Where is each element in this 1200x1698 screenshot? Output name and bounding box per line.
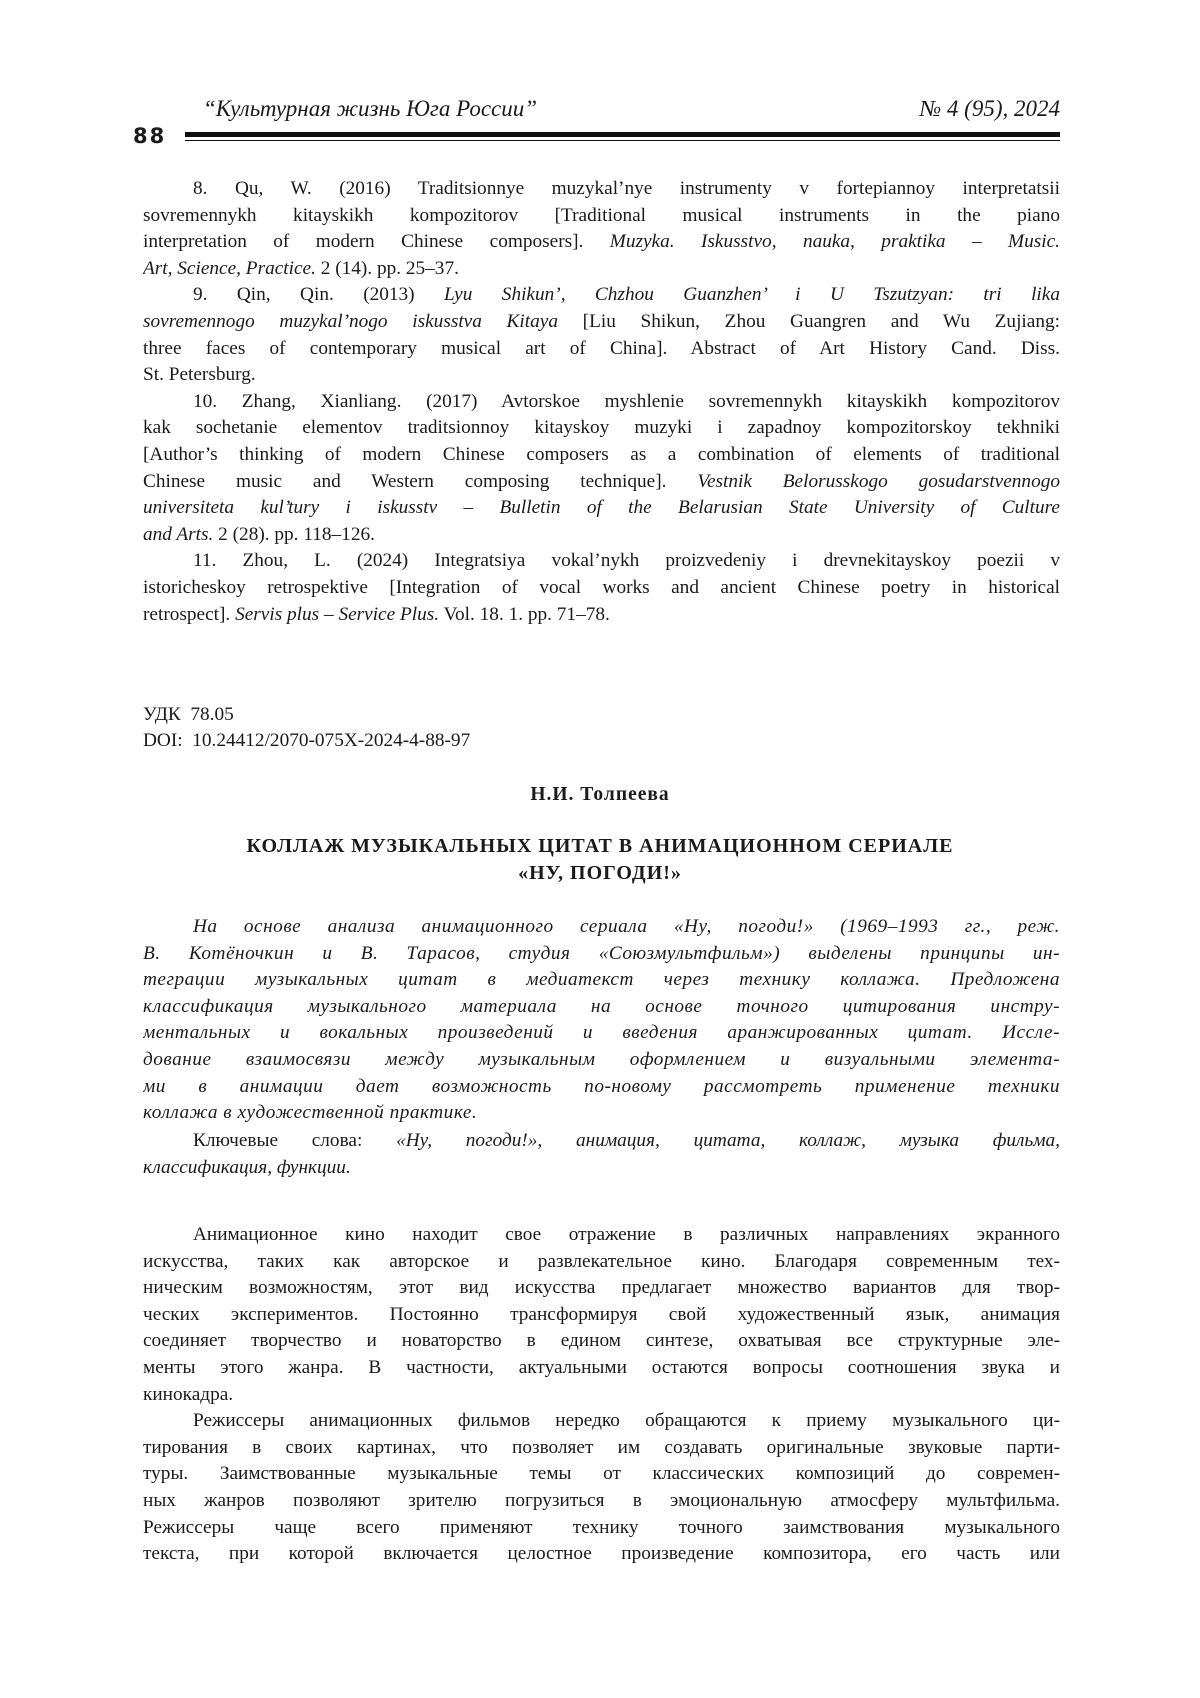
- reference-line: 9. Qin, Qin. (2013) Lyu Shikun’, Chzhou …: [143, 282, 1060, 309]
- keywords-values: «Ну, погоди!», анимация, цитата, коллаж,…: [396, 1130, 1060, 1151]
- abstract-line: теграции музыкальных цитат в медиатекст …: [143, 967, 1060, 994]
- page-number: 88: [133, 124, 166, 148]
- keywords: Ключевые слова: «Ну, погоди!», анимация,…: [143, 1128, 1060, 1181]
- body-line: Анимационное кино находит свое отражение…: [143, 1222, 1060, 1249]
- reference-line: sovremennykh kitayskikh kompozitorov [Tr…: [143, 203, 1060, 230]
- body-line: ческих экспериментов. Постоянно трансфор…: [143, 1302, 1060, 1329]
- reference-line: interpretation of modern Chinese compose…: [143, 229, 1060, 256]
- reference-line: sovremennogo muzykal’nogo iskusstva Kita…: [143, 309, 1060, 336]
- article-meta: УДК 78.05 DOI: 10.24412/2070-075X-2024-4…: [143, 702, 470, 754]
- reference-line: Art, Science, Practice. 2 (14). pp. 25–3…: [143, 256, 1060, 283]
- reference-line: 11. Zhou, L. (2024) Integratsiya vokal’n…: [143, 548, 1060, 575]
- abstract-line: На основе анализа анимационного сериала …: [143, 914, 1060, 941]
- body-line: тирования в своих картинах, что позволяе…: [143, 1435, 1060, 1462]
- keywords-values-cont: классификация, функции.: [143, 1157, 351, 1178]
- doi: DOI: 10.24412/2070-075X-2024-4-88-97: [143, 728, 470, 754]
- reference-line: universiteta kul’tury i iskusstv – Bulle…: [143, 495, 1060, 522]
- abstract-line: классификация музыкального материала на …: [143, 994, 1060, 1021]
- reference-list: 8. Qu, W. (2016) Traditsionnye muzykal’n…: [143, 176, 1060, 628]
- header-rule-thin: [185, 140, 1060, 141]
- body-line: кинокадра.: [143, 1382, 1060, 1409]
- reference-line: [Author’s thinking of modern Chinese com…: [143, 442, 1060, 469]
- reference-line: and Arts. 2 (28). pp. 118–126.: [143, 522, 1060, 549]
- reference-line: kak sochetanie elementov traditsionnoy k…: [143, 415, 1060, 442]
- reference-line: Chinese music and Western composing tech…: [143, 469, 1060, 496]
- abstract-line: дование взаимосвязи между музыкальным оф…: [143, 1047, 1060, 1074]
- body-line: соединяет творчество и новаторство в еди…: [143, 1328, 1060, 1355]
- udk-code: УДК 78.05: [143, 702, 470, 728]
- reference-line: istoricheskoy retrospektive [Integration…: [143, 575, 1060, 602]
- header-rule-thick: [185, 132, 1060, 137]
- reference-line: 8. Qu, W. (2016) Traditsionnye muzykal’n…: [143, 176, 1060, 203]
- body-line: ническим возможностям, этот вид искусств…: [143, 1275, 1060, 1302]
- body-line: менты этого жанра. В частности, актуальн…: [143, 1355, 1060, 1382]
- reference-line: St. Petersburg.: [143, 362, 1060, 389]
- reference-line: three faces of contemporary musical art …: [143, 336, 1060, 363]
- keywords-line-1: Ключевые слова: «Ну, погоди!», анимация,…: [143, 1128, 1060, 1155]
- body-line: текста, при которой включается целостное…: [143, 1541, 1060, 1568]
- body-line: Режиссеры чаще всего применяют технику т…: [143, 1515, 1060, 1542]
- title-line-2: «НУ, ПОГОДИ!»: [0, 860, 1200, 887]
- body-line: искусства, таких как авторское и развлек…: [143, 1249, 1060, 1276]
- abstract-line: коллажа в художественной практике.: [143, 1100, 1060, 1127]
- body-line: туры. Заимствованные музыкальные темы от…: [143, 1461, 1060, 1488]
- journal-title: “Культурная жизнь Юга России”: [203, 96, 537, 122]
- abstract-line: ментальных и вокальных произведений и вв…: [143, 1020, 1060, 1047]
- keywords-line-2: классификация, функции.: [143, 1155, 1060, 1182]
- body-line: Режиссеры анимационных фильмов нередко о…: [143, 1408, 1060, 1435]
- issue-number: № 4 (95), 2024: [919, 96, 1060, 122]
- keywords-label: Ключевые слова:: [193, 1130, 396, 1151]
- abstract-line: В. Котёночкин и В. Тарасов, студия «Союз…: [143, 941, 1060, 968]
- abstract: На основе анализа анимационного сериала …: [143, 914, 1060, 1127]
- reference-line: retrospect]. Servis plus – Service Plus.…: [143, 602, 1060, 629]
- article-author: Н.И. Толпеева: [0, 784, 1200, 806]
- article-title: КОЛЛАЖ МУЗЫКАЛЬНЫХ ЦИТАТ В АНИМАЦИОННОМ …: [0, 833, 1200, 887]
- body-line: ных жанров позволяют зрителю погрузиться…: [143, 1488, 1060, 1515]
- reference-line: 10. Zhang, Xianliang. (2017) Avtorskoe m…: [143, 389, 1060, 416]
- abstract-line: ми в анимации дает возможность по-новому…: [143, 1074, 1060, 1101]
- title-line-1: КОЛЛАЖ МУЗЫКАЛЬНЫХ ЦИТАТ В АНИМАЦИОННОМ …: [0, 833, 1200, 860]
- article-body: Анимационное кино находит свое отражение…: [143, 1222, 1060, 1568]
